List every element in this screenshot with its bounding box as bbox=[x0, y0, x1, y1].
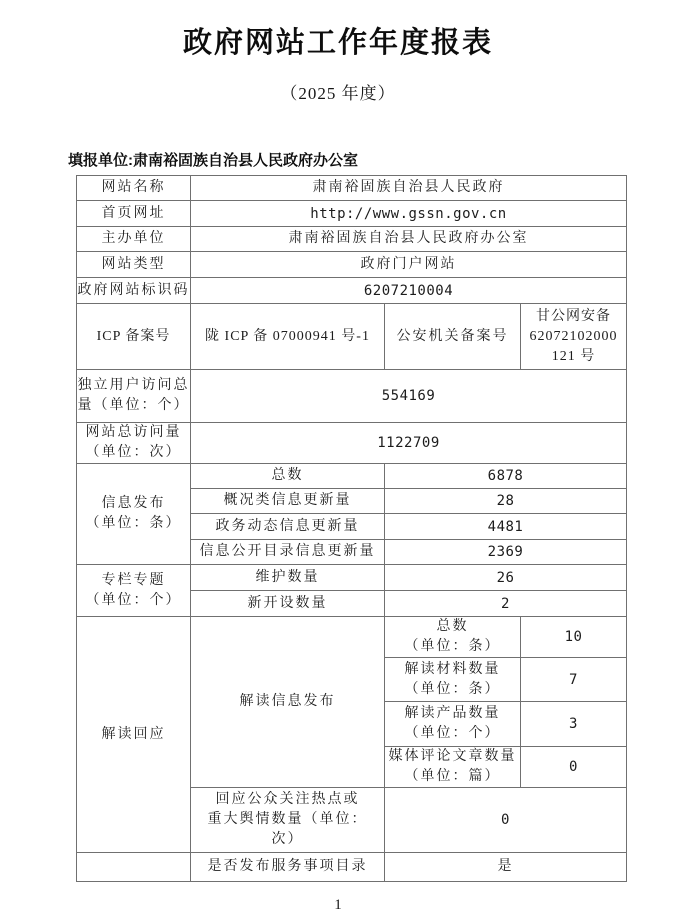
service-catalog-value: 是 bbox=[385, 853, 627, 882]
report-year-subtitle: （2025 年度） bbox=[0, 84, 676, 104]
info-publish-catalog-label: 信息公开目录信息更新量 bbox=[191, 540, 385, 565]
row-columns-maintained: 专栏专题 （单位：个） 维护数量 26 bbox=[77, 565, 627, 591]
info-publish-total-label: 总数 bbox=[191, 464, 385, 489]
site-type-label: 网站类型 bbox=[77, 252, 191, 278]
row-site-type: 网站类型 政府门户网站 bbox=[77, 252, 627, 278]
interpret-material-value: 7 bbox=[521, 658, 627, 702]
interpret-product-value: 3 bbox=[521, 702, 627, 747]
columns-new-value: 2 bbox=[385, 591, 627, 617]
info-publish-group-label: 信息发布 （单位：条） bbox=[77, 464, 191, 565]
report-title: 政府网站工作年度报表 bbox=[0, 26, 676, 60]
public-response-value: 0 bbox=[385, 788, 627, 853]
row-service-catalog: 是否发布服务事项目录 是 bbox=[77, 853, 627, 882]
info-publish-overview-label: 概况类信息更新量 bbox=[191, 489, 385, 514]
home-url-label: 首页网址 bbox=[77, 201, 191, 227]
interpret-total-value: 10 bbox=[521, 617, 627, 658]
public-response-label: 回应公众关注热点或 重大舆情数量（单位： 次） bbox=[191, 788, 385, 853]
organizer-value: 肃南裕固族自治县人民政府办公室 bbox=[191, 227, 627, 252]
row-home-url: 首页网址 http://www.gssn.gov.cn bbox=[77, 201, 627, 227]
total-visits-value: 1122709 bbox=[191, 423, 627, 464]
interpret-media-label: 媒体评论文章数量 （单位：篇） bbox=[385, 747, 521, 788]
site-type-value: 政府门户网站 bbox=[191, 252, 627, 278]
interpret-media-value: 0 bbox=[521, 747, 627, 788]
info-publish-total-value: 6878 bbox=[385, 464, 627, 489]
police-record-value: 甘公网安备 62072102000 121 号 bbox=[521, 304, 627, 370]
special-columns-group-label: 专栏专题 （单位：个） bbox=[77, 565, 191, 617]
row-info-publish-total: 信息发布 （单位：条） 总数 6878 bbox=[77, 464, 627, 489]
icp-value: 陇 ICP 备 07000941 号-1 bbox=[191, 304, 385, 370]
unique-visitors-value: 554169 bbox=[191, 370, 627, 423]
annual-report-table: 网站名称 肃南裕固族自治县人民政府 首页网址 http://www.gssn.g… bbox=[76, 175, 627, 882]
info-publish-catalog-value: 2369 bbox=[385, 540, 627, 565]
police-record-label: 公安机关备案号 bbox=[385, 304, 521, 370]
info-publish-news-label: 政务动态信息更新量 bbox=[191, 514, 385, 540]
interpret-publish-label: 解读信息发布 bbox=[191, 617, 385, 788]
row-site-code: 政府网站标识码 6207210004 bbox=[77, 278, 627, 304]
site-code-label: 政府网站标识码 bbox=[77, 278, 191, 304]
unique-visitors-label: 独立用户访问总 量（单位：个） bbox=[77, 370, 191, 423]
total-visits-label: 网站总访问量 （单位：次） bbox=[77, 423, 191, 464]
reporting-unit-line: 填报单位:肃南裕固族自治县人民政府办公室 bbox=[68, 152, 676, 170]
interpret-material-label: 解读材料数量 （单位：条） bbox=[385, 658, 521, 702]
columns-maintained-value: 26 bbox=[385, 565, 627, 591]
row-site-name: 网站名称 肃南裕固族自治县人民政府 bbox=[77, 176, 627, 201]
interpret-product-label: 解读产品数量 （单位：个） bbox=[385, 702, 521, 747]
empty-cell bbox=[77, 853, 191, 882]
site-name-value: 肃南裕固族自治县人民政府 bbox=[191, 176, 627, 201]
site-name-label: 网站名称 bbox=[77, 176, 191, 201]
site-code-value: 6207210004 bbox=[191, 278, 627, 304]
info-publish-news-value: 4481 bbox=[385, 514, 627, 540]
info-publish-overview-value: 28 bbox=[385, 489, 627, 514]
home-url-value: http://www.gssn.gov.cn bbox=[191, 201, 627, 227]
row-unique-visitors: 独立用户访问总 量（单位：个） 554169 bbox=[77, 370, 627, 423]
organizer-label: 主办单位 bbox=[77, 227, 191, 252]
row-organizer: 主办单位 肃南裕固族自治县人民政府办公室 bbox=[77, 227, 627, 252]
row-interpret-total: 解读回应 解读信息发布 总数 （单位：条） 10 bbox=[77, 617, 627, 658]
interpret-total-label: 总数 （单位：条） bbox=[385, 617, 521, 658]
service-catalog-label: 是否发布服务事项目录 bbox=[191, 853, 385, 882]
icp-label: ICP 备案号 bbox=[77, 304, 191, 370]
interpretation-group-label: 解读回应 bbox=[77, 617, 191, 853]
report-page: 政府网站工作年度报表 （2025 年度） 填报单位:肃南裕固族自治县人民政府办公… bbox=[0, 0, 676, 919]
row-icp: ICP 备案号 陇 ICP 备 07000941 号-1 公安机关备案号 甘公网… bbox=[77, 304, 627, 370]
columns-maintained-label: 维护数量 bbox=[191, 565, 385, 591]
columns-new-label: 新开设数量 bbox=[191, 591, 385, 617]
row-total-visits: 网站总访问量 （单位：次） 1122709 bbox=[77, 423, 627, 464]
page-number: 1 bbox=[0, 897, 676, 914]
